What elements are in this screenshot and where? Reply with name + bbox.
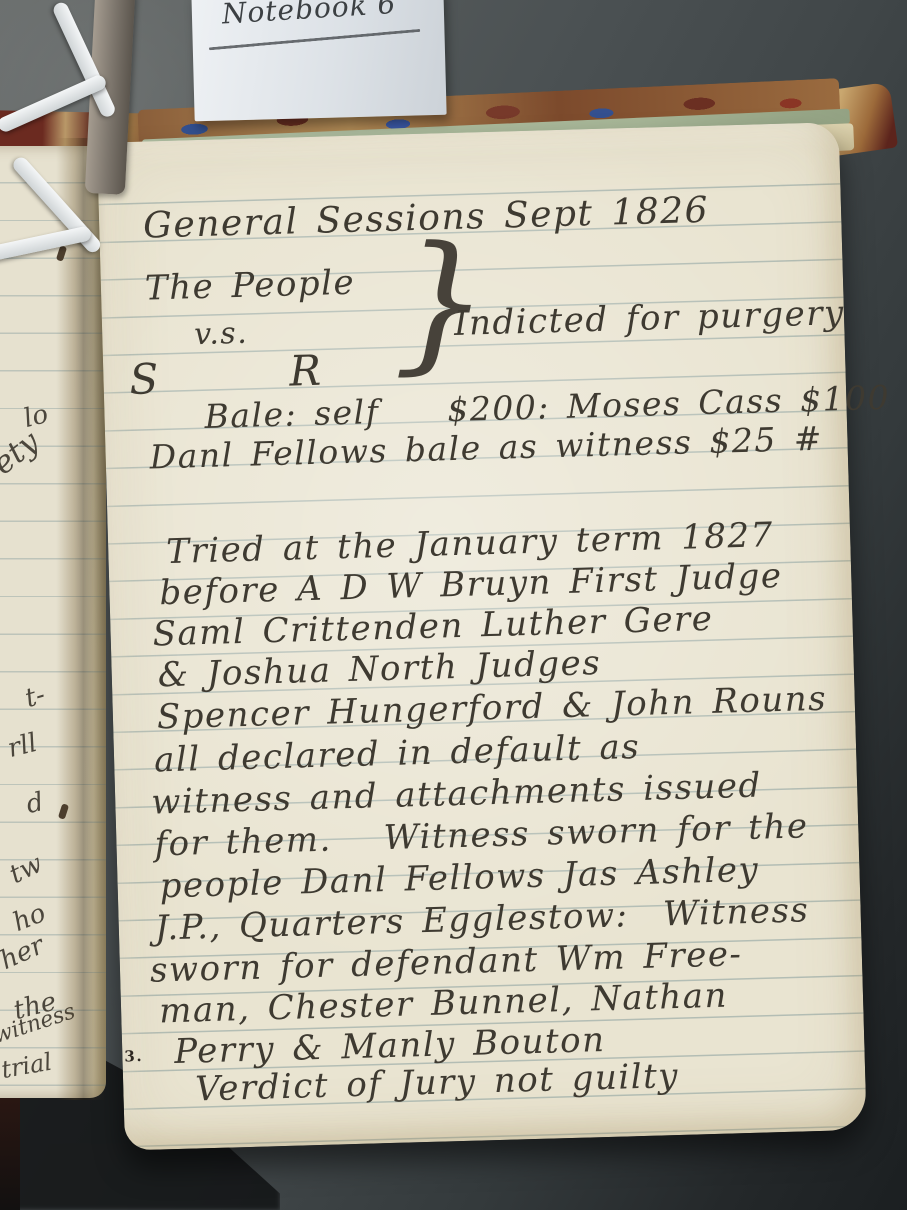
left-page-text-fragment: t- (22, 680, 49, 714)
left-page-text-fragment: rll (5, 728, 40, 764)
notebook-photo: lo ety t- rll d tw ho her the witness tr… (0, 0, 907, 1210)
binding-stitch (58, 803, 69, 819)
handwritten-line-versus: v.s. (194, 317, 249, 353)
handwritten-line-party: The People (144, 264, 355, 309)
left-page-text-fragment: ety (0, 424, 46, 482)
left-page-text-fragment: tw (5, 849, 48, 890)
left-page-text-fragment: ho (9, 898, 50, 938)
label-sticky-note: Notebook 6 (191, 0, 446, 121)
binding-stitch (56, 245, 67, 261)
label-underline (209, 29, 420, 50)
left-page-text-fragment: trial (0, 1048, 54, 1084)
notebook-label: Notebook 6 (221, 0, 397, 31)
left-page-text-fragment: d (24, 787, 47, 820)
handwritten-initial: R (289, 347, 323, 396)
page-margin-mark: 3. (124, 1048, 143, 1066)
left-page: lo ety t- rll d tw ho her the witness tr… (0, 146, 106, 1098)
handwritten-initial: S (129, 355, 161, 404)
left-page-text-fragment: her (0, 930, 49, 976)
handwritten-line-charge: Indicted for purgery (454, 294, 846, 344)
right-page: General Sessions Sept 1826 The People } … (97, 122, 867, 1150)
